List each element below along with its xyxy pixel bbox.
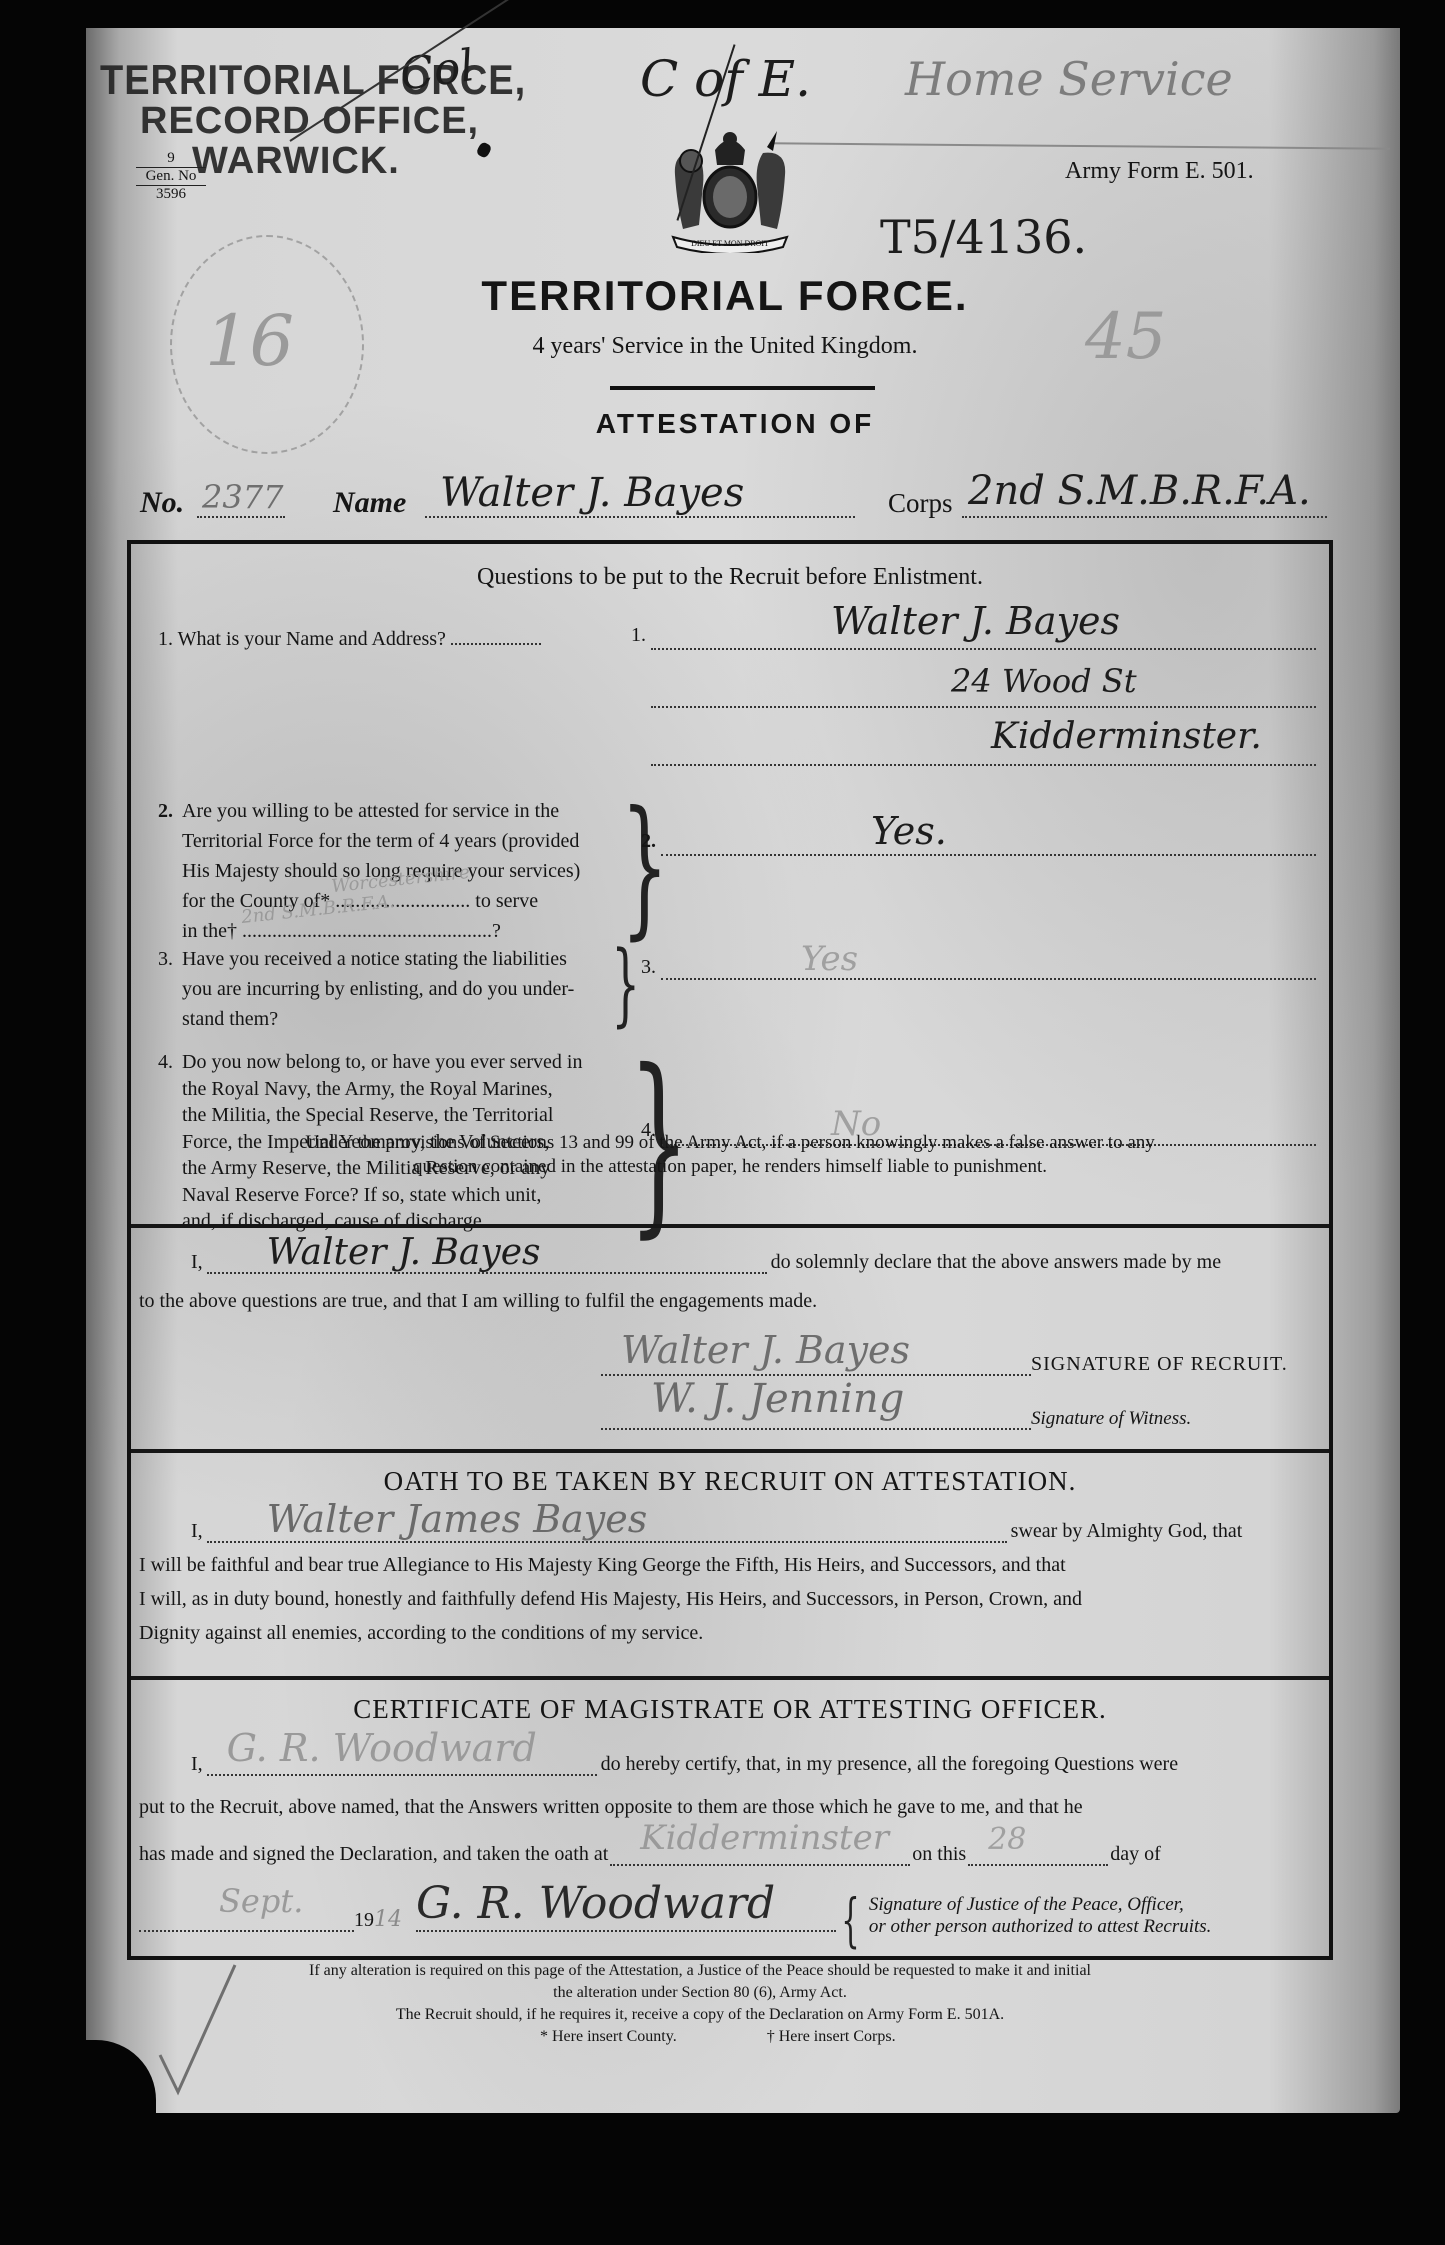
margin-mark-right: 45 [1085, 300, 1166, 374]
warning-line-1: Under the provisions of Sections 13 and … [141, 1132, 1319, 1154]
certificate-heading: CERTIFICATE OF MAGISTRATE OR ATTESTING O… [131, 1694, 1329, 1725]
question-2-brace: } [621, 792, 669, 942]
answer-1-town: Kidderminster. [991, 716, 1262, 757]
warning-line-2: question contained in the attestation pa… [141, 1156, 1319, 1178]
answer-3-number: 3. [641, 956, 656, 979]
corps-value: 2nd S.M.B.R.F.A. [968, 468, 1311, 514]
question-2-line-2: Territorial Force for the term of 4 year… [158, 826, 598, 856]
declaration-name: Walter J. Bayes [267, 1232, 541, 1273]
oath-line-2: I will be faithful and bear true Allegia… [139, 1554, 1066, 1577]
oath-text: swear by Almighty God, that [1011, 1520, 1243, 1543]
question-4-number: 4. [158, 1049, 182, 1076]
witness-signature-row: W. J. Jenning Signature of Witness. [601, 1406, 1331, 1430]
question-4-line-3: the Militia, the Special Reserve, the Te… [158, 1102, 598, 1129]
question-4-line-1: Do you now belong to, or have you ever s… [182, 1049, 582, 1076]
declaration-line-2: to the above questions are true, and tha… [139, 1290, 817, 1313]
officer-signature-labels: Signature of Justice of the Peace, Offic… [869, 1894, 1212, 1938]
officer-name: G. R. Woodward [227, 1726, 537, 1770]
name-field [425, 516, 855, 518]
day-value: 28 [988, 1822, 1026, 1857]
answer-2-line [661, 854, 1316, 856]
question-1-number: 1. [158, 628, 173, 650]
declaration-text: do solemnly declare that the above answe… [771, 1251, 1221, 1274]
year-prefix: 19 [354, 1909, 374, 1932]
place-value: Kidderminster [640, 1818, 889, 1858]
no-field [197, 516, 285, 518]
questions-heading: Questions to be put to the Recruit befor… [131, 564, 1329, 591]
officer-signature-label-2: or other person authorized to attest Rec… [869, 1916, 1212, 1938]
svg-text:DIEU ET MON DROIT: DIEU ET MON DROIT [691, 239, 769, 248]
certificate-line-3c: day of [1110, 1843, 1161, 1866]
officer-signature-label-1: Signature of Justice of the Peace, Offic… [869, 1894, 1212, 1916]
gen-no-label: Gen. No [136, 167, 206, 186]
oath-divider [131, 1449, 1329, 1453]
witness-signature: W. J. Jenning [651, 1376, 904, 1422]
officer-signature: G. R. Woodward [416, 1878, 775, 1929]
regimental-reference: T5/4136. [880, 210, 1087, 264]
answer-1-line-1 [651, 648, 1316, 650]
question-3: 3.Have you received a notice stating the… [158, 944, 598, 1034]
title-divider [610, 386, 875, 390]
corps-field [962, 516, 1327, 518]
month-field: Sept. [139, 1908, 354, 1932]
certificate-line-3a: has made and signed the Declaration, and… [139, 1843, 608, 1866]
declaration-prefix: I, [191, 1251, 203, 1274]
question-3-brace: } [611, 940, 640, 1030]
question-2-number: 2. [158, 796, 182, 826]
answer-1-street: 24 Wood St [951, 662, 1137, 700]
oath-line-1: I, Walter James Bayes swear by Almighty … [191, 1519, 1321, 1543]
question-4-line-7: and, if discharged, cause of discharge..… [158, 1208, 598, 1235]
declaration-name-field: Walter J. Bayes [207, 1250, 767, 1274]
recruit-signature-field: Walter J. Bayes [601, 1352, 1031, 1376]
footer-note-corps: † Here insert Corps. [767, 2028, 896, 2046]
question-1: 1. What is your Name and Address? [158, 624, 598, 654]
officer-signature-field: G. R. Woodward [416, 1908, 836, 1932]
footer-note-county: * Here insert County. [540, 2028, 677, 2046]
certificate-line-3b: on this [912, 1843, 966, 1866]
question-3-number: 3. [158, 944, 182, 974]
question-1-dots [451, 643, 541, 645]
month-value: Sept. [219, 1882, 303, 1920]
certificate-line-2: put to the Recruit, above named, that th… [139, 1796, 1083, 1819]
gen-no-fraction: 9 Gen. No 3596 [136, 150, 206, 203]
oath-heading: OATH TO BE TAKEN BY RECRUIT ON ATTESTATI… [131, 1466, 1329, 1497]
answer-2-number: 2. [641, 830, 656, 853]
attestation-heading: ATTESTATION OF [540, 408, 930, 440]
certificate-line-1: I, G. R. Woodward do hereby certify, tha… [191, 1752, 1321, 1776]
oath-prefix: I, [191, 1520, 203, 1543]
answer-3-value: Yes [801, 939, 858, 979]
question-2-line-1: Are you willing to be attested for servi… [182, 796, 559, 826]
question-2-line-5: in the† ................................… [158, 916, 598, 946]
recruit-signature-label: SIGNATURE OF RECRUIT. [1031, 1353, 1288, 1376]
answer-1-name: Walter J. Bayes [831, 599, 1120, 643]
no-value: 2377 [202, 478, 283, 516]
certificate-prefix: I, [191, 1753, 203, 1776]
recruit-signature: Walter J. Bayes [621, 1328, 910, 1372]
answer-2-value: Yes. [871, 809, 947, 853]
seal-embossing [170, 235, 364, 454]
certificate-line-3: has made and signed the Declaration, and… [139, 1842, 1329, 1866]
oath-line-4: Dignity against all enemies, according t… [139, 1622, 703, 1645]
question-1-text: What is your Name and Address? [178, 628, 446, 650]
corps-label: Corps [888, 488, 953, 519]
question-4-line-6: Naval Reserve Force? If so, state which … [158, 1182, 598, 1209]
stamp-line-2: RECORD OFFICE, [100, 102, 526, 142]
question-3-line-1: Have you received a notice stating the l… [182, 944, 567, 974]
check-mark-icon [150, 1960, 240, 2105]
answer-1-line-2 [651, 706, 1316, 708]
gen-no-top: 9 [136, 150, 206, 167]
attestation-form-box: Questions to be put to the Recruit befor… [127, 540, 1333, 1960]
annotation-col: Col [397, 40, 478, 101]
certificate-text: do hereby certify, that, in my presence,… [601, 1753, 1178, 1776]
no-label: No. [140, 486, 184, 520]
certificate-line-4: Sept. 19 14 G. R. Woodward { Signature o… [139, 1894, 1329, 1932]
place-field: Kidderminster [610, 1842, 910, 1866]
question-3-line-3: stand them? [158, 1004, 598, 1034]
oath-name: Walter James Bayes [267, 1497, 648, 1541]
footer-line-3: The Recruit should, if he requires it, r… [200, 2006, 1200, 2024]
page-subtitle: 4 years' Service in the United Kingdom. [440, 333, 1010, 360]
annotation-home-service: Home Service [905, 52, 1233, 106]
gen-no-bottom: 3596 [136, 186, 206, 203]
recruit-signature-row: Walter J. Bayes SIGNATURE OF RECRUIT. [601, 1352, 1331, 1376]
answer-1-line-3 [651, 764, 1316, 766]
answer-1-number: 1. [631, 624, 646, 647]
page-title: TERRITORIAL FORCE. [440, 272, 1010, 320]
declaration-divider [131, 1224, 1329, 1228]
officer-name-field: G. R. Woodward [207, 1752, 597, 1776]
declaration-line-1: I, Walter J. Bayes do solemnly declare t… [191, 1250, 1321, 1274]
answer-3-line [661, 978, 1316, 980]
certificate-divider [131, 1676, 1329, 1680]
question-4-line-2: the Royal Navy, the Army, the Royal Mari… [158, 1076, 598, 1103]
name-label: Name [333, 486, 406, 520]
question-3-line-2: you are incurring by enlisting, and do y… [158, 974, 598, 1004]
footer-notes: * Here insert County. † Here insert Corp… [540, 2028, 896, 2046]
annotation-religion: C of E. [640, 50, 811, 108]
oath-name-field: Walter James Bayes [207, 1519, 1007, 1543]
recruit-line: No. 2377 Name Walter J. Bayes Corps 2nd … [140, 478, 1355, 528]
royal-coat-of-arms-icon: DIEU ET MON DROIT [655, 125, 805, 253]
day-field: 28 [968, 1842, 1108, 1866]
oath-line-3: I will, as in duty bound, honestly and f… [139, 1588, 1082, 1611]
witness-signature-field: W. J. Jenning [601, 1406, 1031, 1430]
army-form-number: Army Form E. 501. [1065, 158, 1254, 185]
year-suffix: 14 [374, 1907, 402, 1932]
name-value: Walter J. Bayes [440, 470, 744, 516]
footer-line-2: the alteration under Section 80 (6), Arm… [200, 1984, 1200, 2002]
footer-line-1: If any alteration is required on this pa… [200, 1962, 1200, 1980]
officer-signature-brace: { [841, 1900, 859, 1940]
witness-signature-label: Signature of Witness. [1031, 1408, 1191, 1430]
